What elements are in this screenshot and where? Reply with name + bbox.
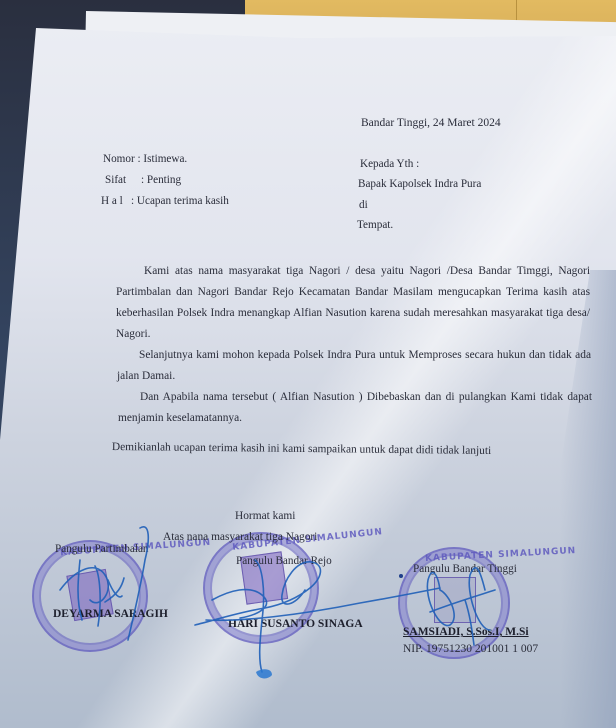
- sifat-value: : Penting: [141, 174, 181, 186]
- paragraph-2-text: Selanjutnya kami mohon kepada Polsek Ind…: [117, 349, 591, 382]
- recipient-di: di: [359, 199, 368, 211]
- atas-nama-line: Atas nana masyarakat tiga Nagori: [163, 531, 317, 543]
- signatory-1-title: Pangulu Partimbalan: [55, 543, 149, 555]
- sifat-label: Sifat: [105, 174, 126, 186]
- signatory-3-title: Pangulu Bandar Tinggi: [413, 563, 517, 575]
- signatory-3-nip: NIP. 19751230 201001 1 007: [403, 643, 538, 655]
- stamp-partimbalan: [32, 540, 148, 652]
- body-paragraph-3: Dan Apabila nama tersebut ( Alfian Nasut…: [118, 387, 592, 429]
- hal-value: : Ucapan terima kasih: [131, 195, 229, 207]
- hormat-kami: Hormat kami: [235, 510, 295, 522]
- signatory-1-name: DEYARMA SARAGIH: [53, 608, 168, 620]
- paragraph-1-text: Kami atas nama masyarakat tiga Nagori / …: [116, 265, 590, 340]
- stamp-emblem: [434, 577, 476, 623]
- signatory-2-title: Pangulu Bandar Rejo: [236, 555, 332, 567]
- signatory-3-name: SAMSIADI, S.Sos.I, M.Si: [403, 626, 529, 638]
- recipient-greeting: Kepada Yth :: [360, 158, 419, 170]
- paragraph-3-text: Dan Apabila nama tersebut ( Alfian Nasut…: [118, 391, 592, 424]
- body-paragraph-1: Kami atas nama masyarakat tiga Nagori / …: [116, 261, 590, 345]
- signatory-2-name: HARI SUSANTO SINAGA: [228, 618, 363, 630]
- body-paragraph-2: Selanjutnya kami mohon kepada Polsek Ind…: [117, 345, 591, 387]
- nomor-line: Nomor : Istimewa.: [103, 153, 187, 165]
- place-date: Bandar Tinggi, 24 Maret 2024: [361, 117, 501, 129]
- hal-label: H a l: [101, 195, 123, 207]
- recipient-place: Tempat.: [357, 219, 393, 231]
- recipient-name: Bapak Kapolsek Indra Pura: [358, 178, 481, 190]
